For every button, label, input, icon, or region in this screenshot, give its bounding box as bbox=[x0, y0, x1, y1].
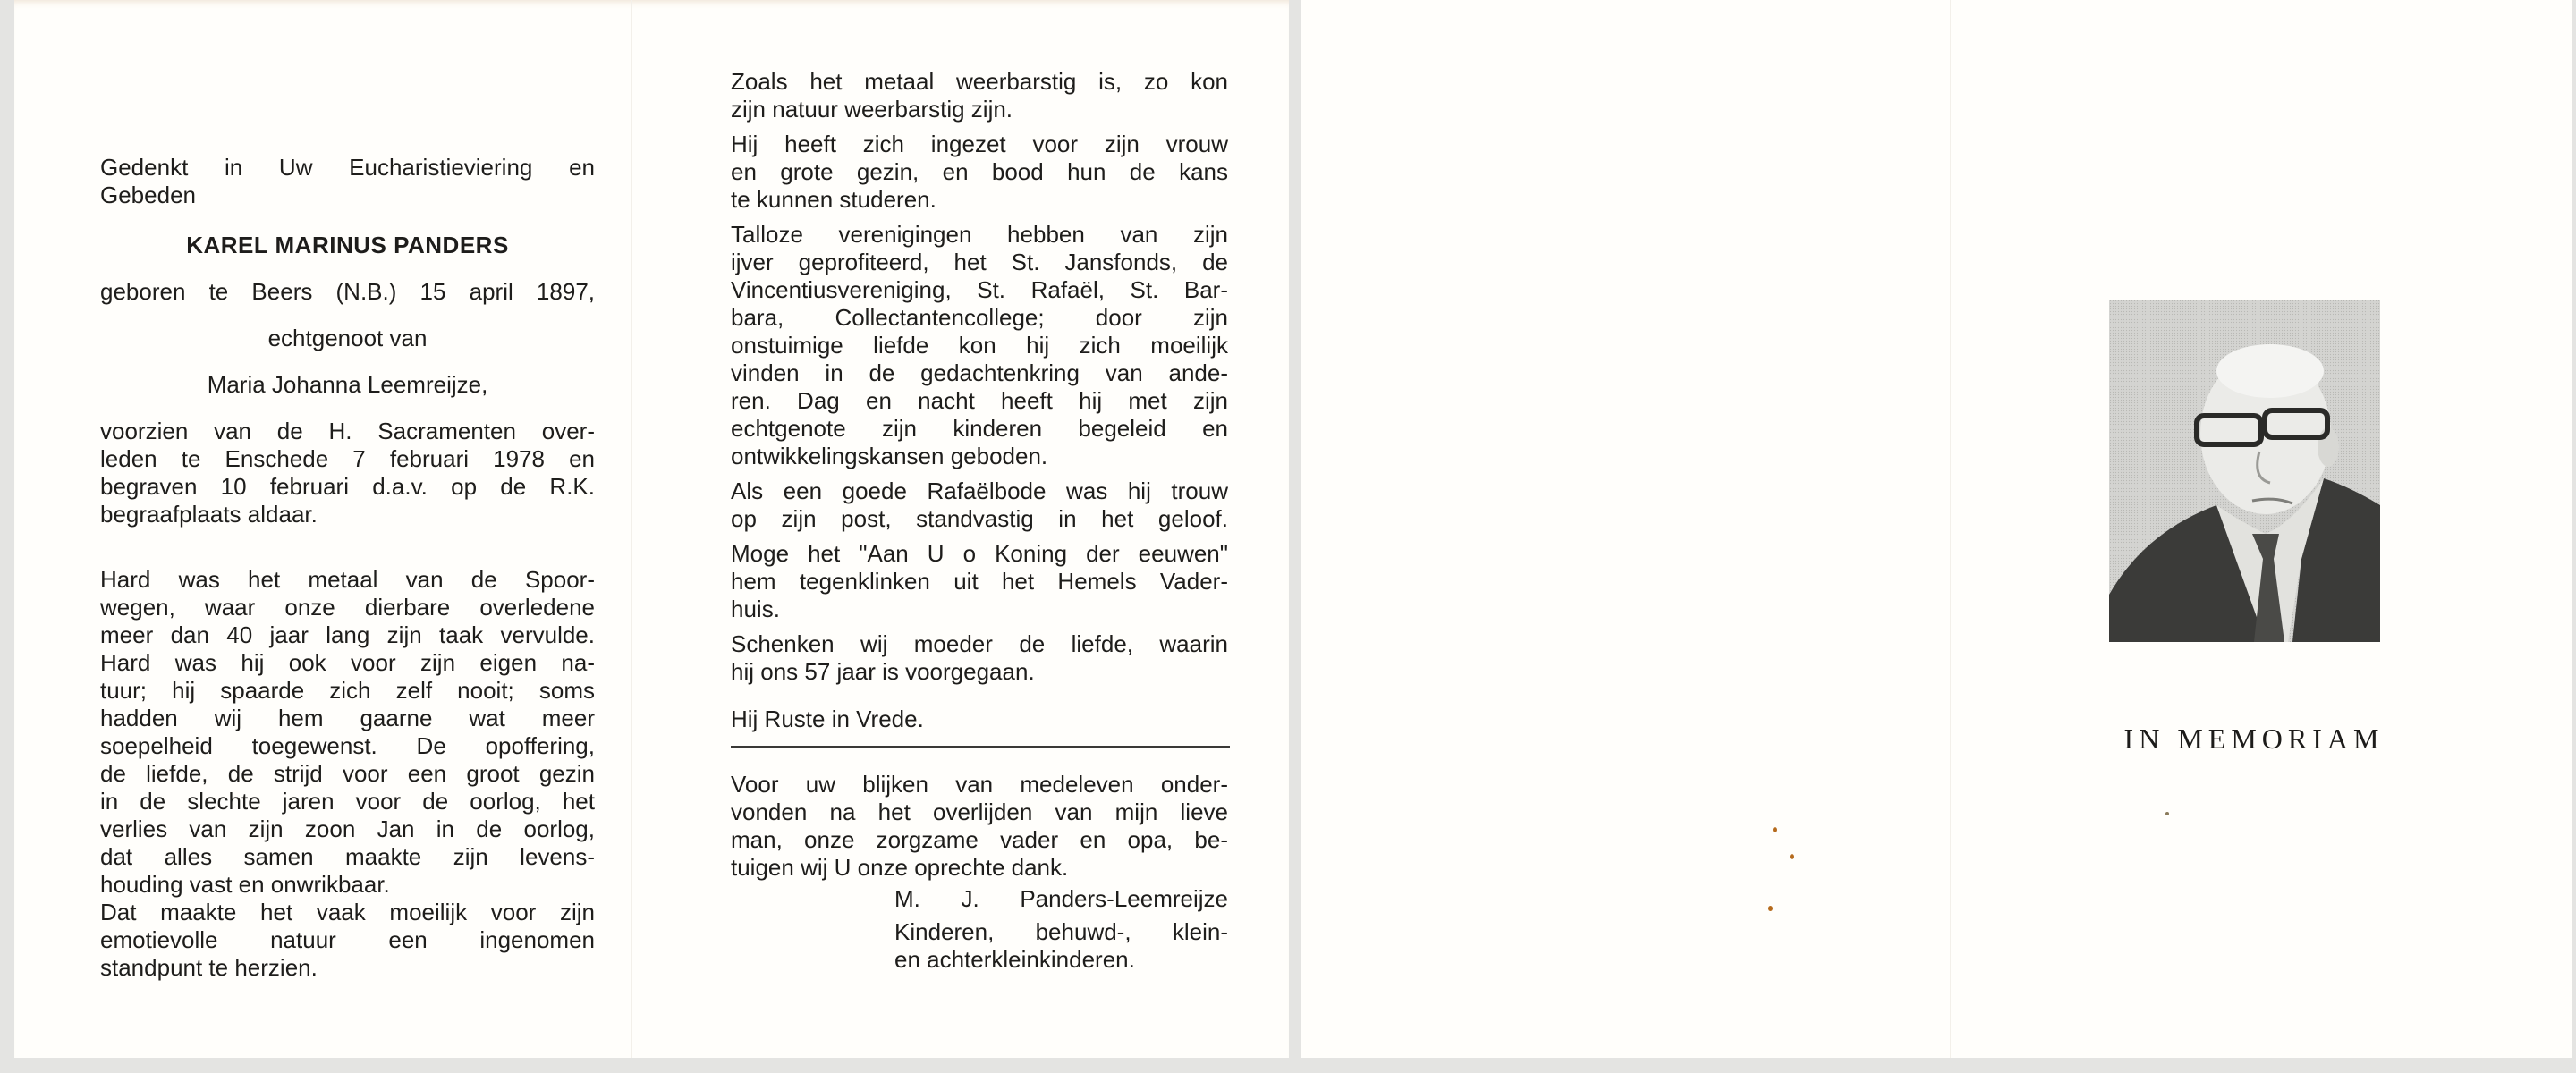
death-paragraph: voorzien van de H. Sacramenten over- led… bbox=[100, 418, 595, 528]
text-line: hadden wij hem gaarne wat meer bbox=[100, 705, 595, 732]
text-line: leden te Enschede 7 februari 1978 en bbox=[100, 445, 595, 473]
text-line: de liefde, de strijd voor een groot gezi… bbox=[100, 760, 595, 788]
closing-line: Hij Ruste in Vrede. bbox=[731, 705, 1228, 733]
thanks-paragraph: Voor uw blijken van medeleven onder- von… bbox=[731, 771, 1228, 882]
signatory: M. J. Panders-Leemreijze bbox=[894, 885, 1228, 913]
text-line: Talloze verenigingen hebben van zijn bbox=[731, 221, 1228, 249]
text-line: begraafplaats aldaar. bbox=[100, 501, 595, 528]
text-line: wegen, waar onze dierbare overledene bbox=[100, 594, 595, 621]
paper-speck bbox=[1773, 827, 1777, 832]
left-text-column: Gedenkt in Uw Eucharistieviering en Gebe… bbox=[100, 154, 595, 982]
fold-line bbox=[631, 0, 632, 1058]
text-line: soepelheid toegewenst. De opoffering, bbox=[100, 732, 595, 760]
text-line: Als een goede Rafaëlbode was hij trouw bbox=[731, 477, 1228, 505]
text-line: man, onze zorgzame vader en opa, be- bbox=[731, 826, 1228, 854]
text-line: ontwikkelingskansen geboden. bbox=[731, 443, 1228, 470]
text-line: op zijn post, standvastig in het geloof. bbox=[731, 505, 1228, 533]
text-line: meer dan 40 jaar lang zijn taak vervulde… bbox=[100, 621, 595, 649]
paragraph-family: Hij heeft zich ingezet voor zijn vrouw e… bbox=[731, 131, 1228, 214]
text-line: begraven 10 februari d.a.v. op de R.K. bbox=[100, 473, 595, 501]
text-line: Moge het "Aan U o Koning der eeuwen" bbox=[731, 540, 1228, 568]
text-line: emotievolle natuur een ingenomen bbox=[100, 926, 595, 954]
text-line: in de slechte jaren voor de oorlog, het bbox=[100, 788, 595, 815]
text-line: Schenken wij moeder de liefde, waarin bbox=[731, 630, 1228, 658]
portrait-icon bbox=[2109, 300, 2380, 642]
paper-speck bbox=[1768, 906, 1773, 911]
tribute-paragraph: Hard was het metaal van de Spoor- wegen,… bbox=[100, 566, 595, 982]
text-line: onstuimige liefde kon hij zich moeilijk bbox=[731, 332, 1228, 359]
paragraph-prayer: Moge het "Aan U o Koning der eeuwen" hem… bbox=[731, 540, 1228, 623]
birth-line: geboren te Beers (N.B.) 15 april 1897, bbox=[100, 278, 595, 306]
text-line: ijver geprofiteerd, het St. Jansfonds, d… bbox=[731, 249, 1228, 276]
text-line: Hard was hij ook voor zijn eigen na- bbox=[100, 649, 595, 677]
text-line: Hij heeft zich ingezet voor zijn vrouw bbox=[731, 131, 1228, 158]
text-line: huis. bbox=[731, 596, 1228, 623]
paragraph-mother: Schenken wij moeder de liefde, waarin hi… bbox=[731, 630, 1228, 686]
spouse-label: echtgenoot van bbox=[100, 325, 595, 352]
intro-line: Gebeden bbox=[100, 182, 595, 209]
text-line: tuur; hij spaarde zich zelf nooit; soms bbox=[100, 677, 595, 705]
portrait-photo bbox=[2109, 300, 2380, 642]
text-line: Kinderen, behuwd-, klein- bbox=[894, 918, 1228, 946]
text-line: standpunt te herzien. bbox=[100, 954, 595, 982]
paragraph-associations: Talloze verenigingen hebben van zijn ijv… bbox=[731, 221, 1228, 470]
text-line: echtgenote zijn kinderen begeleid en bbox=[731, 415, 1228, 443]
text-line: houding vast en onwrikbaar. bbox=[100, 871, 595, 899]
paper-speck bbox=[1790, 854, 1794, 859]
fold-line bbox=[1950, 0, 1951, 1058]
intro-line: Gedenkt in Uw Eucharistieviering en bbox=[100, 154, 595, 182]
text-line: Vincentiusvereniging, St. Rafaël, St. Ba… bbox=[731, 276, 1228, 304]
text-line: en grote gezin, en bood hun de kans bbox=[731, 158, 1228, 186]
text-line: vinden in de gedachtenkring van ande- bbox=[731, 359, 1228, 387]
text-line: te kunnen studeren. bbox=[731, 186, 1228, 214]
memorial-card-outside bbox=[1301, 0, 2572, 1058]
text-line: zijn natuur weerbarstig zijn. bbox=[731, 96, 1228, 123]
paragraph-faith: Als een goede Rafaëlbode was hij trouw o… bbox=[731, 477, 1228, 533]
paper-speck bbox=[2165, 812, 2169, 815]
right-text-column: Zoals het metaal weerbarstig is, zo kon … bbox=[731, 68, 1228, 974]
divider-rule bbox=[731, 746, 1230, 748]
text-line: hem tegenklinken uit het Hemels Vader- bbox=[731, 568, 1228, 596]
text-line: Dat maakte het vaak moeilijk voor zijn bbox=[100, 899, 595, 926]
text-line: ren. Dag en nacht heeft hij met zijn bbox=[731, 387, 1228, 415]
text-line: voorzien van de H. Sacramenten over- bbox=[100, 418, 595, 445]
text-line: hij ons 57 jaar is voorgegaan. bbox=[731, 658, 1228, 686]
in-memoriam-title: IN MEMORIAM bbox=[2106, 722, 2402, 756]
text-line: Zoals het metaal weerbarstig is, zo kon bbox=[731, 68, 1228, 96]
deceased-name: KAREL MARINUS PANDERS bbox=[100, 232, 595, 259]
spouse-name: Maria Johanna Leemreijze, bbox=[100, 371, 595, 399]
text-line: Voor uw blijken van medeleven onder- bbox=[731, 771, 1228, 798]
text-line: verlies van zijn zoon Jan in de oorlog, bbox=[100, 815, 595, 843]
paragraph-metal: Zoals het metaal weerbarstig is, zo kon … bbox=[731, 68, 1228, 123]
text-line: bara, Collectantencollege; door zijn bbox=[731, 304, 1228, 332]
text-line: vonden na het overlijden van mijn lieve bbox=[731, 798, 1228, 826]
text-line: Hard was het metaal van de Spoor- bbox=[100, 566, 595, 594]
signature-block: M. J. Panders-Leemreijze Kinderen, behuw… bbox=[731, 885, 1228, 974]
text-line: tuigen wij U onze oprechte dank. bbox=[731, 854, 1228, 882]
text-line: en achterkleinkinderen. bbox=[894, 946, 1228, 974]
text-line: dat alles samen maakte zijn levens- bbox=[100, 843, 595, 871]
